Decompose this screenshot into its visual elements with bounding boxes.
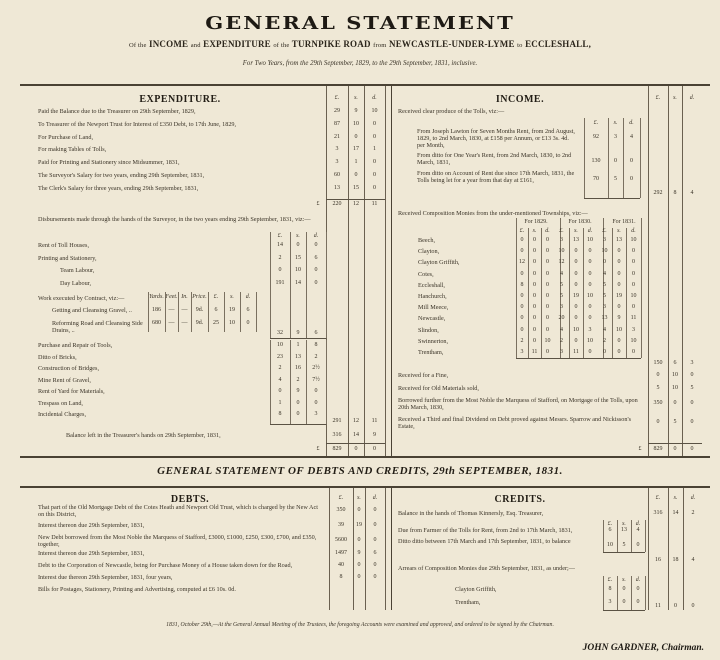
disbursement-item: Team Labour, xyxy=(60,267,280,274)
col-rule xyxy=(385,86,386,456)
contract-total: 9 xyxy=(290,330,306,336)
township-value: 0 xyxy=(528,327,541,333)
expenditure-subtotal: 220 xyxy=(326,201,348,207)
township-name: Newcastle, xyxy=(418,315,488,322)
township-value: 0 xyxy=(541,282,554,288)
disbursement-item: Printing and Stationery, xyxy=(38,255,258,262)
subtitle-word: from xyxy=(373,42,386,49)
amount-d: 5 xyxy=(682,385,702,391)
township-value: 0 xyxy=(541,349,554,355)
credit-balance-amount: 2 xyxy=(683,510,703,516)
col-header-pence: d. xyxy=(623,120,640,126)
rule xyxy=(648,443,702,444)
chairman-signature: JOHN GARDNER, Chairman. xyxy=(583,643,704,653)
amount-s: 0 xyxy=(617,599,631,605)
township-value: 12 xyxy=(554,259,569,265)
amount-s: 1 xyxy=(290,342,306,348)
composition-total: 150 xyxy=(648,360,668,366)
amount-s: 0 xyxy=(348,134,364,140)
col-header-pence: d. xyxy=(682,95,702,101)
col-header-shillings: s. xyxy=(612,228,626,234)
township-value: 10 xyxy=(554,248,569,254)
township-name: Swinnerton, xyxy=(418,338,488,345)
disbursement-total: 291 xyxy=(326,418,348,424)
amount-l: 5600 xyxy=(329,537,353,543)
col-header-shillings: s. xyxy=(668,95,682,101)
meeting-minute: 1831, October 29th,—At the General Annua… xyxy=(0,622,720,628)
tolls-total: 292 xyxy=(648,190,668,196)
township-value: 12 xyxy=(516,259,528,265)
township-value: 10 xyxy=(626,338,641,344)
township-value: 5 xyxy=(597,282,612,288)
amount-d: 0 xyxy=(365,507,385,513)
amount-s: 0 xyxy=(353,507,365,513)
amount-d: 0 xyxy=(364,121,385,127)
amount-l: 1497 xyxy=(329,550,353,556)
township-value: 0 xyxy=(612,271,626,277)
rule xyxy=(516,358,641,359)
disbursement-total: 12 xyxy=(348,418,364,424)
col-header-shillings: s. xyxy=(668,495,683,501)
township-name: Hanchurch, xyxy=(418,293,488,300)
township-value: 13 xyxy=(612,237,626,243)
township-value: 0 xyxy=(528,282,541,288)
arrears-item: Trentham, xyxy=(455,599,595,606)
contract-header: d. xyxy=(240,294,256,300)
contract-cell-price: 9d. xyxy=(191,307,208,313)
amount-d: 2 xyxy=(306,354,326,360)
income-heading: INCOME. xyxy=(460,94,580,105)
amount-s: 17 xyxy=(348,146,364,152)
rule xyxy=(270,424,326,425)
township-value: 0 xyxy=(516,248,528,254)
col-rule xyxy=(385,488,386,610)
township-value: 0 xyxy=(528,304,541,310)
township-value: 13 xyxy=(569,237,583,243)
col-rule xyxy=(640,118,641,198)
subtitle-word: of the xyxy=(273,42,289,49)
amount-l: 39 xyxy=(329,522,353,528)
amount-s: 0 xyxy=(348,172,364,178)
township-value: 0 xyxy=(626,259,641,265)
subtitle-word: ECCLESHALL, xyxy=(525,39,591,49)
amount-d: 0 xyxy=(306,400,326,406)
tolls-total: 8 xyxy=(668,190,682,196)
section-rule xyxy=(20,456,710,458)
township-value: 0 xyxy=(528,315,541,321)
rule xyxy=(326,199,385,200)
year-header: For 1831. xyxy=(603,219,645,225)
township-value: 3 xyxy=(597,237,612,243)
township-value: 0 xyxy=(541,327,554,333)
col-header-shillings: s. xyxy=(290,233,306,239)
township-value: 0 xyxy=(516,327,528,333)
township-value: 9 xyxy=(612,315,626,321)
township-value: 0 xyxy=(516,315,528,321)
col-header-pounds: £. xyxy=(648,495,668,501)
debt-item: Interest thereon due 29th September, 183… xyxy=(38,550,322,557)
expenditure-item: The Surveyor's Salary for two years, end… xyxy=(38,172,318,179)
township-value: 10 xyxy=(597,248,612,254)
amount-s: 5 xyxy=(608,176,623,182)
contract-cell-yards: 680 xyxy=(148,320,165,326)
township-value: 0 xyxy=(516,304,528,310)
township-value: 0 xyxy=(612,349,626,355)
township-value: 0 xyxy=(626,248,641,254)
credit-balance-amount: 316 xyxy=(648,510,668,516)
debt-item: New Debt borrowed from the Most Noble th… xyxy=(38,534,322,548)
amount-d: 10 xyxy=(364,108,385,114)
amount-l: 0 xyxy=(648,372,668,378)
expenditure-item: Paid the Balance due to the Treasurer on… xyxy=(38,108,318,115)
amount-l: 130 xyxy=(584,158,608,164)
amount-d: 0 xyxy=(365,574,385,580)
township-value: 0 xyxy=(541,315,554,321)
township-value: 0 xyxy=(583,315,597,321)
township-value: 0 xyxy=(583,259,597,265)
expenditure-subtotal: 12 xyxy=(348,201,364,207)
expenditure-heading: EXPENDITURE. xyxy=(100,94,260,105)
col-rule xyxy=(645,576,646,610)
income-grand-total: 0 xyxy=(668,446,682,452)
rule xyxy=(326,443,385,444)
amount-s: 14 xyxy=(290,280,306,286)
arrears-total: 0 xyxy=(668,603,683,609)
column-divider xyxy=(391,488,392,610)
disbursement-item: Ditto of Bricks, xyxy=(38,354,258,361)
rule xyxy=(270,338,326,339)
col-header-pence: d. xyxy=(626,228,641,234)
disbursement-item: Trespass on Land, xyxy=(38,400,258,407)
composition-total: 3 xyxy=(682,360,702,366)
amount-s: 10 xyxy=(348,121,364,127)
township-value: 19 xyxy=(569,293,583,299)
col-rule xyxy=(668,488,669,610)
disbursement-item: Mine Rent of Gravel, xyxy=(38,377,258,384)
contract-header: £. xyxy=(208,294,224,300)
document-subtitle: Of the INCOME and EXPENDITURE of the TUR… xyxy=(0,39,720,49)
amount-d: 4 xyxy=(623,134,640,140)
col-rule xyxy=(326,340,327,424)
col-header-shillings: s. xyxy=(569,228,583,234)
amount-s: 9 xyxy=(290,388,306,394)
toll-item: From ditto for One Year's Rent, from 2nd… xyxy=(417,152,577,166)
amount-d: 0 xyxy=(306,280,326,286)
township-value: 5 xyxy=(554,293,569,299)
amount-l: 0 xyxy=(270,267,290,273)
amount-d: 0 xyxy=(631,599,645,605)
township-value: 13 xyxy=(597,315,612,321)
township-value: 3 xyxy=(626,327,641,333)
subtitle-word: and xyxy=(191,42,201,49)
contract-header: Yards. xyxy=(148,294,165,300)
township-value: 0 xyxy=(583,349,597,355)
amount-s: 0 xyxy=(290,411,306,417)
farmer-total: 4 xyxy=(683,557,703,563)
amount-l: 3 xyxy=(603,599,617,605)
amount-d: 6 xyxy=(306,255,326,261)
township-value: 10 xyxy=(626,237,641,243)
amount-l: 350 xyxy=(329,507,353,513)
contract-cell-price: 9d. xyxy=(191,320,208,326)
col-rule xyxy=(256,292,257,332)
township-value: 10 xyxy=(583,293,597,299)
amount-s: 10 xyxy=(668,372,682,378)
township-value: 4 xyxy=(554,271,569,277)
subtitle-word: NEWCASTLE-UNDER-LYME xyxy=(389,39,515,49)
township-value: 0 xyxy=(528,338,541,344)
township-value: 10 xyxy=(583,237,597,243)
amount-d: 8 xyxy=(306,342,326,348)
debt-item: Bills for Postages, Stationery, Printing… xyxy=(38,586,322,593)
amount-s: 0 xyxy=(668,400,682,406)
subtitle-word: TURNPIKE ROAD xyxy=(292,39,371,49)
amount-s: 10 xyxy=(668,385,682,391)
amount-l: 29 xyxy=(326,108,348,114)
township-value: 10 xyxy=(569,327,583,333)
township-value: 10 xyxy=(626,293,641,299)
township-value: 20 xyxy=(554,315,569,321)
amount-s: 5 xyxy=(617,542,631,548)
contract-cell-s: 19 xyxy=(224,307,240,313)
contract-header: Feet. xyxy=(165,294,178,300)
contract-header: s. xyxy=(224,294,240,300)
township-value: 0 xyxy=(626,271,641,277)
col-header-pence: d. xyxy=(365,495,385,501)
amount-l: 5 xyxy=(648,385,668,391)
amount-d: 6 xyxy=(365,550,385,556)
amount-s: 13 xyxy=(290,354,306,360)
tolls-total: 4 xyxy=(682,190,702,196)
col-rule xyxy=(648,488,649,610)
township-value: 0 xyxy=(583,282,597,288)
amount-d: 0 xyxy=(365,562,385,568)
disbursement-item: Purchase and Repair of Tools, xyxy=(38,342,258,349)
contract-row-label: Getting and Cleansing Gravel, .. xyxy=(52,307,147,314)
amount-d: 0 xyxy=(306,267,326,273)
amount-l: 23 xyxy=(270,354,290,360)
amount-d: 0 xyxy=(623,176,640,182)
township-value: 3 xyxy=(554,237,569,243)
township-value: 11 xyxy=(569,349,583,355)
col-header-pounds: £. xyxy=(326,95,348,101)
balance-amount: 9 xyxy=(364,432,385,438)
amount-s: 1 xyxy=(348,159,364,165)
township-value: 0 xyxy=(569,315,583,321)
expenditure-item: The Clerk's Salary for three years, endi… xyxy=(38,185,318,192)
township-value: 0 xyxy=(528,271,541,277)
township-name: Cotes, xyxy=(418,271,488,278)
township-value: 0 xyxy=(569,282,583,288)
farmer-rent-item: Ditto ditto between 17th March and 17th … xyxy=(398,538,598,545)
income-item: Received for a Fine, xyxy=(398,372,638,379)
township-name: Beech, xyxy=(418,237,488,244)
expenditure-item: To Treasurer of the Newport Trust for In… xyxy=(38,121,318,128)
township-value: 0 xyxy=(597,349,612,355)
col-header-shillings: s. xyxy=(617,577,631,583)
amount-s: 0 xyxy=(608,158,623,164)
arrears-item: Clayton Griffith, xyxy=(455,586,595,593)
disbursement-item: Rent of Toll Houses, xyxy=(38,242,258,249)
expenditure-grand-total: 0 xyxy=(348,446,364,452)
township-value: 11 xyxy=(626,315,641,321)
township-value: 3 xyxy=(516,349,528,355)
township-value: 0 xyxy=(569,259,583,265)
col-rule xyxy=(326,232,327,338)
amount-d: 0 xyxy=(364,172,385,178)
township-value: 3 xyxy=(554,349,569,355)
township-value: 0 xyxy=(516,271,528,277)
amount-d: 1 xyxy=(364,146,385,152)
township-value: 10 xyxy=(541,338,554,344)
col-header-pence: d. xyxy=(583,228,597,234)
document-title: GENERAL STATEMENT xyxy=(0,12,720,33)
township-value: 2 xyxy=(516,338,528,344)
debt-item: Debt to the Corporation of Newcastle, be… xyxy=(38,562,322,569)
amount-l: 0 xyxy=(270,388,290,394)
expenditure-item: For making Tables of Tolls, xyxy=(38,146,318,153)
contract-cell-l: 25 xyxy=(208,320,224,326)
col-header-shillings: s. xyxy=(348,95,364,101)
arrears-total: 11 xyxy=(648,603,668,609)
amount-d: 3 xyxy=(306,411,326,417)
currency-symbol: £ xyxy=(312,446,324,452)
amount-l: 21 xyxy=(326,134,348,140)
amount-s: 15 xyxy=(348,185,364,191)
amount-s: 3 xyxy=(608,134,623,140)
contract-cell-feet: — xyxy=(165,307,178,313)
township-value: 19 xyxy=(612,293,626,299)
contract-cell-yards: 186 xyxy=(148,307,165,313)
amount-s: 16 xyxy=(290,365,306,371)
tolls-intro: Received clear produce of the Tolls, viz… xyxy=(398,108,638,115)
arrears-intro: Arrears of Composition Monies due 29th S… xyxy=(398,565,638,572)
amount-s: 10 xyxy=(290,267,306,273)
township-name: Clayton Griffith, xyxy=(418,259,488,266)
rule xyxy=(603,552,645,553)
township-value: 0 xyxy=(583,248,597,254)
amount-d: 4 xyxy=(631,527,645,533)
township-value: 4 xyxy=(554,327,569,333)
township-value: 0 xyxy=(528,237,541,243)
col-header-pounds: £. xyxy=(516,228,528,234)
township-value: 0 xyxy=(612,304,626,310)
col-rule xyxy=(306,340,307,424)
disbursements-intro: Disbursements made through the hands of … xyxy=(38,216,318,224)
col-rule xyxy=(364,86,365,456)
township-value: 0 xyxy=(541,237,554,243)
debt-item: Interest due thereon 29th September, 183… xyxy=(38,574,322,581)
contract-cell-s: 10 xyxy=(224,320,240,326)
amount-s: 0 xyxy=(290,242,306,248)
township-name: Slindon, xyxy=(418,327,488,334)
township-value: 3 xyxy=(583,327,597,333)
amount-s: 0 xyxy=(353,574,365,580)
contract-total: 6 xyxy=(306,330,326,336)
col-header-shillings: s. xyxy=(353,495,365,501)
amount-s: 19 xyxy=(353,522,365,528)
debt-item: Interest thereon due 29th September, 183… xyxy=(38,522,322,529)
arrears-total: 0 xyxy=(683,603,703,609)
amount-s: 0 xyxy=(290,400,306,406)
farmer-total: 18 xyxy=(668,557,683,563)
contract-header: In. xyxy=(178,294,191,300)
currency-symbol: £ xyxy=(634,446,646,452)
amount-l: 191 xyxy=(270,280,290,286)
township-value: 0 xyxy=(541,293,554,299)
disbursement-total: 11 xyxy=(364,418,385,424)
contract-cell-d: 0 xyxy=(240,320,256,326)
amount-l: 87 xyxy=(326,121,348,127)
township-value: 2 xyxy=(597,338,612,344)
income-item: Borrowed further from the Most Noble the… xyxy=(398,397,638,411)
amount-l: 3 xyxy=(326,159,348,165)
township-value: 0 xyxy=(583,271,597,277)
amount-l: 8 xyxy=(270,411,290,417)
amount-d: 0 xyxy=(306,388,326,394)
township-value: 0 xyxy=(626,304,641,310)
debt-item: That part of the Old Mortgage Debt of th… xyxy=(38,504,322,518)
amount-l: 70 xyxy=(584,176,608,182)
amount-l: 8 xyxy=(329,574,353,580)
township-value: 4 xyxy=(597,271,612,277)
amount-d: 0 xyxy=(682,419,702,425)
amount-d: 0 xyxy=(364,159,385,165)
township-value: 0 xyxy=(541,259,554,265)
township-value: 0 xyxy=(583,304,597,310)
expenditure-grand-total: 0 xyxy=(364,446,385,452)
amount-s: 2 xyxy=(290,377,306,383)
township-value: 0 xyxy=(612,338,626,344)
year-header: For 1830. xyxy=(560,219,600,225)
amount-l: 2 xyxy=(270,255,290,261)
amount-l: 4 xyxy=(270,377,290,383)
amount-s: 0 xyxy=(353,537,365,543)
township-value: 0 xyxy=(597,259,612,265)
currency-symbol: £ xyxy=(312,201,324,207)
toll-item: From ditto on Account of Rent due since … xyxy=(417,170,577,184)
township-value: 0 xyxy=(541,248,554,254)
disbursement-item: Construction of Bridges, xyxy=(38,365,258,372)
col-header-pounds: £. xyxy=(648,95,668,101)
amount-d: 0 xyxy=(623,158,640,164)
income-grand-total: 829 xyxy=(648,446,668,452)
farmer-total: 16 xyxy=(648,557,668,563)
amount-l: 40 xyxy=(329,562,353,568)
amount-l: 8 xyxy=(603,586,617,592)
township-value: 0 xyxy=(569,271,583,277)
col-header-pence: d. xyxy=(631,577,645,583)
col-header-pounds: £. xyxy=(584,120,608,126)
col-header-shillings: s. xyxy=(608,120,623,126)
amount-l: 6 xyxy=(603,527,617,533)
col-header-pence: d. xyxy=(306,233,326,239)
township-value: 5 xyxy=(554,282,569,288)
rule xyxy=(603,610,645,611)
disbursement-item: Rent of Yard for Materials, xyxy=(38,388,258,395)
amount-l: 3 xyxy=(326,146,348,152)
col-rule xyxy=(270,340,271,424)
col-header-pence: d. xyxy=(541,228,554,234)
amount-d: 0 xyxy=(364,134,385,140)
balance-label: Balance left in the Treasurer's hands on… xyxy=(66,432,316,439)
amount-d: 0 xyxy=(682,400,702,406)
credits-heading: CREDITS. xyxy=(470,494,570,505)
amount-s: 0 xyxy=(353,562,365,568)
township-value: 2 xyxy=(554,338,569,344)
amount-s: 9 xyxy=(348,108,364,114)
amount-l: 92 xyxy=(584,134,608,140)
